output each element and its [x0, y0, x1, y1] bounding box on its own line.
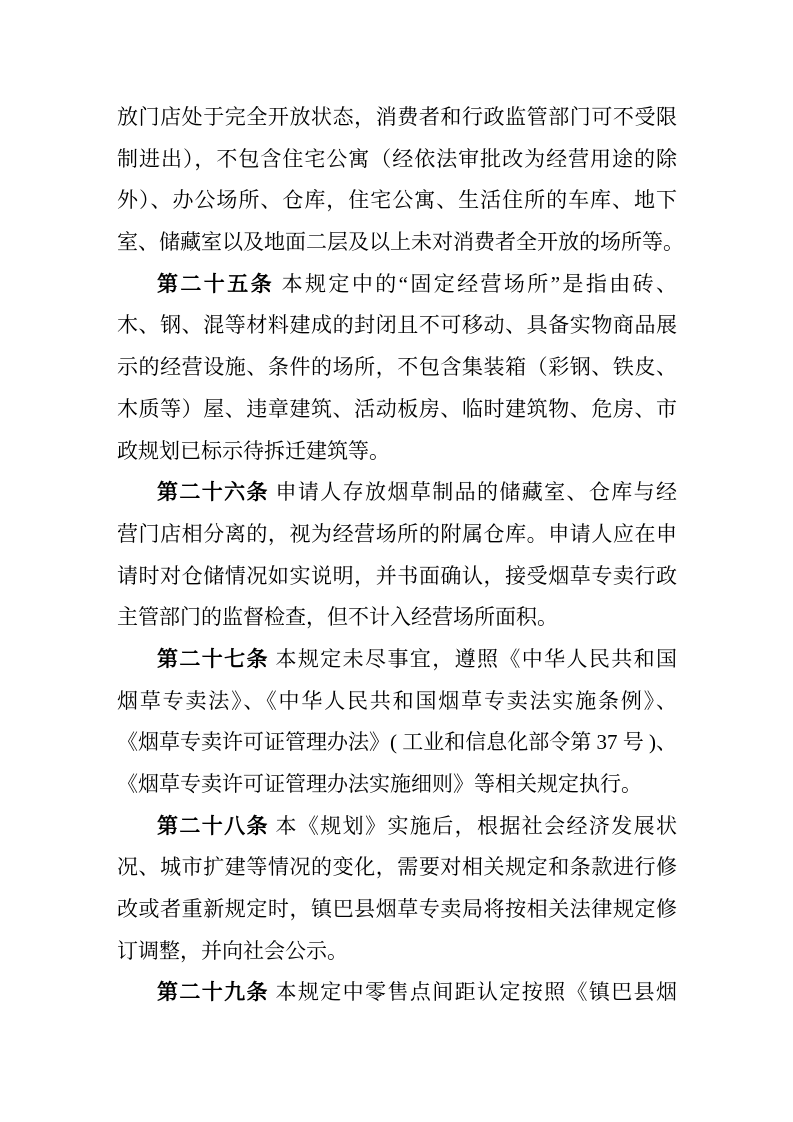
article-number: 第二十九条 — [157, 980, 269, 1004]
article-number: 第二十七条 — [157, 647, 269, 671]
body-text: 外）、办公场所、仓库，住宅公寓、生活住所的车库、地下 — [117, 188, 677, 212]
article-number: 第二十六条 — [157, 480, 269, 504]
body-text: 制进出），不包含住宅公寓（经依法审批改为经营用途的除 — [117, 147, 677, 171]
text-line: 主管部门的监督检查，但不计入经营场所面积。 — [117, 597, 677, 639]
paragraph-第二十五条: 第二十五条 本规定中的“固定经营场所”是指由砖、木、钢、混等材料建成的封闭且不可… — [117, 264, 677, 472]
body-text: 本规定中零售点间距认定按照《镇巴县烟 — [269, 980, 677, 1004]
body-text: 《烟草专卖许可证管理办法》( 工业和信息化部令第 37 号 )、 — [117, 730, 677, 754]
body-text: 况、城市扩建等情况的变化，需要对相关规定和条款进行修 — [117, 855, 677, 879]
article-number: 第二十八条 — [157, 814, 269, 838]
text-line: 木质等）屋、违章建筑、活动板房、临时建筑物、危房、市 — [117, 389, 677, 431]
paragraph-第二十六条: 第二十六条 申请人存放烟草制品的储藏室、仓库与经营门店相分离的，视为经营场所的附… — [117, 472, 677, 639]
body-text: 放门店处于完全开放状态，消费者和行政监管部门可不受限 — [117, 105, 677, 129]
body-text: 木质等）屋、违章建筑、活动板房、临时建筑物、危房、市 — [117, 397, 677, 421]
body-text: 请时对仓储情况如实说明，并书面确认，接受烟草专卖行政 — [117, 564, 677, 588]
text-line: 室、储藏室以及地面二层及以上未对消费者全开放的场所等。 — [117, 222, 677, 264]
body-text: 主管部门的监督检查，但不计入经营场所面积。 — [117, 605, 558, 629]
body-text: 木、钢、混等材料建成的封闭且不可移动、具备实物商品展 — [117, 313, 677, 337]
text-line: 制进出），不包含住宅公寓（经依法审批改为经营用途的除 — [117, 139, 677, 181]
text-line: 况、城市扩建等情况的变化，需要对相关规定和条款进行修 — [117, 847, 677, 889]
body-text: 《烟草专卖许可证管理办法实施细则》等相关规定执行。 — [117, 772, 642, 796]
body-text: 室、储藏室以及地面二层及以上未对消费者全开放的场所等。 — [117, 230, 684, 254]
article-number: 第二十五条 — [157, 272, 274, 296]
text-line: 第二十七条 本规定未尽事宜，遵照《中华人民共和国 — [117, 639, 677, 681]
body-text: 订调整，并向社会公示。 — [117, 939, 348, 963]
text-line: 放门店处于完全开放状态，消费者和行政监管部门可不受限 — [117, 97, 677, 139]
body-text: 本《规划》实施后，根据社会经济发展状 — [269, 814, 677, 838]
document-body: 放门店处于完全开放状态，消费者和行政监管部门可不受限制进出），不包含住宅公寓（经… — [117, 97, 677, 1014]
text-line: 第二十六条 申请人存放烟草制品的储藏室、仓库与经 — [117, 472, 677, 514]
paragraph-continuation: 放门店处于完全开放状态，消费者和行政监管部门可不受限制进出），不包含住宅公寓（经… — [117, 97, 677, 264]
text-line: 外）、办公场所、仓库，住宅公寓、生活住所的车库、地下 — [117, 180, 677, 222]
body-text: 营门店相分离的，视为经营场所的附属仓库。申请人应在申 — [117, 522, 677, 546]
paragraph-第二十九条: 第二十九条 本规定中零售点间距认定按照《镇巴县烟 — [117, 972, 677, 1014]
body-text: 本规定未尽事宜，遵照《中华人民共和国 — [269, 647, 677, 671]
text-line: 烟草专卖法》、《中华人民共和国烟草专卖法实施条例》、 — [117, 681, 677, 723]
text-line: 《烟草专卖许可证管理办法》( 工业和信息化部令第 37 号 )、 — [117, 722, 677, 764]
body-text: 示的经营设施、条件的场所，不包含集装箱（彩钢、铁皮、 — [117, 355, 677, 379]
text-line: 改或者重新规定时，镇巴县烟草专卖局将按相关法律规定修 — [117, 889, 677, 931]
text-line: 《烟草专卖许可证管理办法实施细则》等相关规定执行。 — [117, 764, 677, 806]
body-text: 政规划已标示待拆迁建筑等。 — [117, 439, 390, 463]
text-line: 第二十八条 本《规划》实施后，根据社会经济发展状 — [117, 806, 677, 848]
text-line: 营门店相分离的，视为经营场所的附属仓库。申请人应在申 — [117, 514, 677, 556]
paragraph-第二十八条: 第二十八条 本《规划》实施后，根据社会经济发展状况、城市扩建等情况的变化，需要对… — [117, 806, 677, 973]
text-line: 木、钢、混等材料建成的封闭且不可移动、具备实物商品展 — [117, 305, 677, 347]
body-text: 本规定中的“固定经营场所”是指由砖、 — [274, 272, 677, 296]
body-text: 申请人存放烟草制品的储藏室、仓库与经 — [269, 480, 677, 504]
text-line: 请时对仓储情况如实说明，并书面确认，接受烟草专卖行政 — [117, 556, 677, 598]
text-line: 第二十五条 本规定中的“固定经营场所”是指由砖、 — [117, 264, 677, 306]
body-text: 改或者重新规定时，镇巴县烟草专卖局将按相关法律规定修 — [117, 897, 677, 921]
text-line: 订调整，并向社会公示。 — [117, 931, 677, 973]
document-page: 放门店处于完全开放状态，消费者和行政监管部门可不受限制进出），不包含住宅公寓（经… — [0, 0, 793, 1122]
paragraph-第二十七条: 第二十七条 本规定未尽事宜，遵照《中华人民共和国烟草专卖法》、《中华人民共和国烟… — [117, 639, 677, 806]
text-line: 第二十九条 本规定中零售点间距认定按照《镇巴县烟 — [117, 972, 677, 1014]
text-line: 政规划已标示待拆迁建筑等。 — [117, 431, 677, 473]
body-text: 烟草专卖法》、《中华人民共和国烟草专卖法实施条例》、 — [117, 689, 677, 713]
text-line: 示的经营设施、条件的场所，不包含集装箱（彩钢、铁皮、 — [117, 347, 677, 389]
